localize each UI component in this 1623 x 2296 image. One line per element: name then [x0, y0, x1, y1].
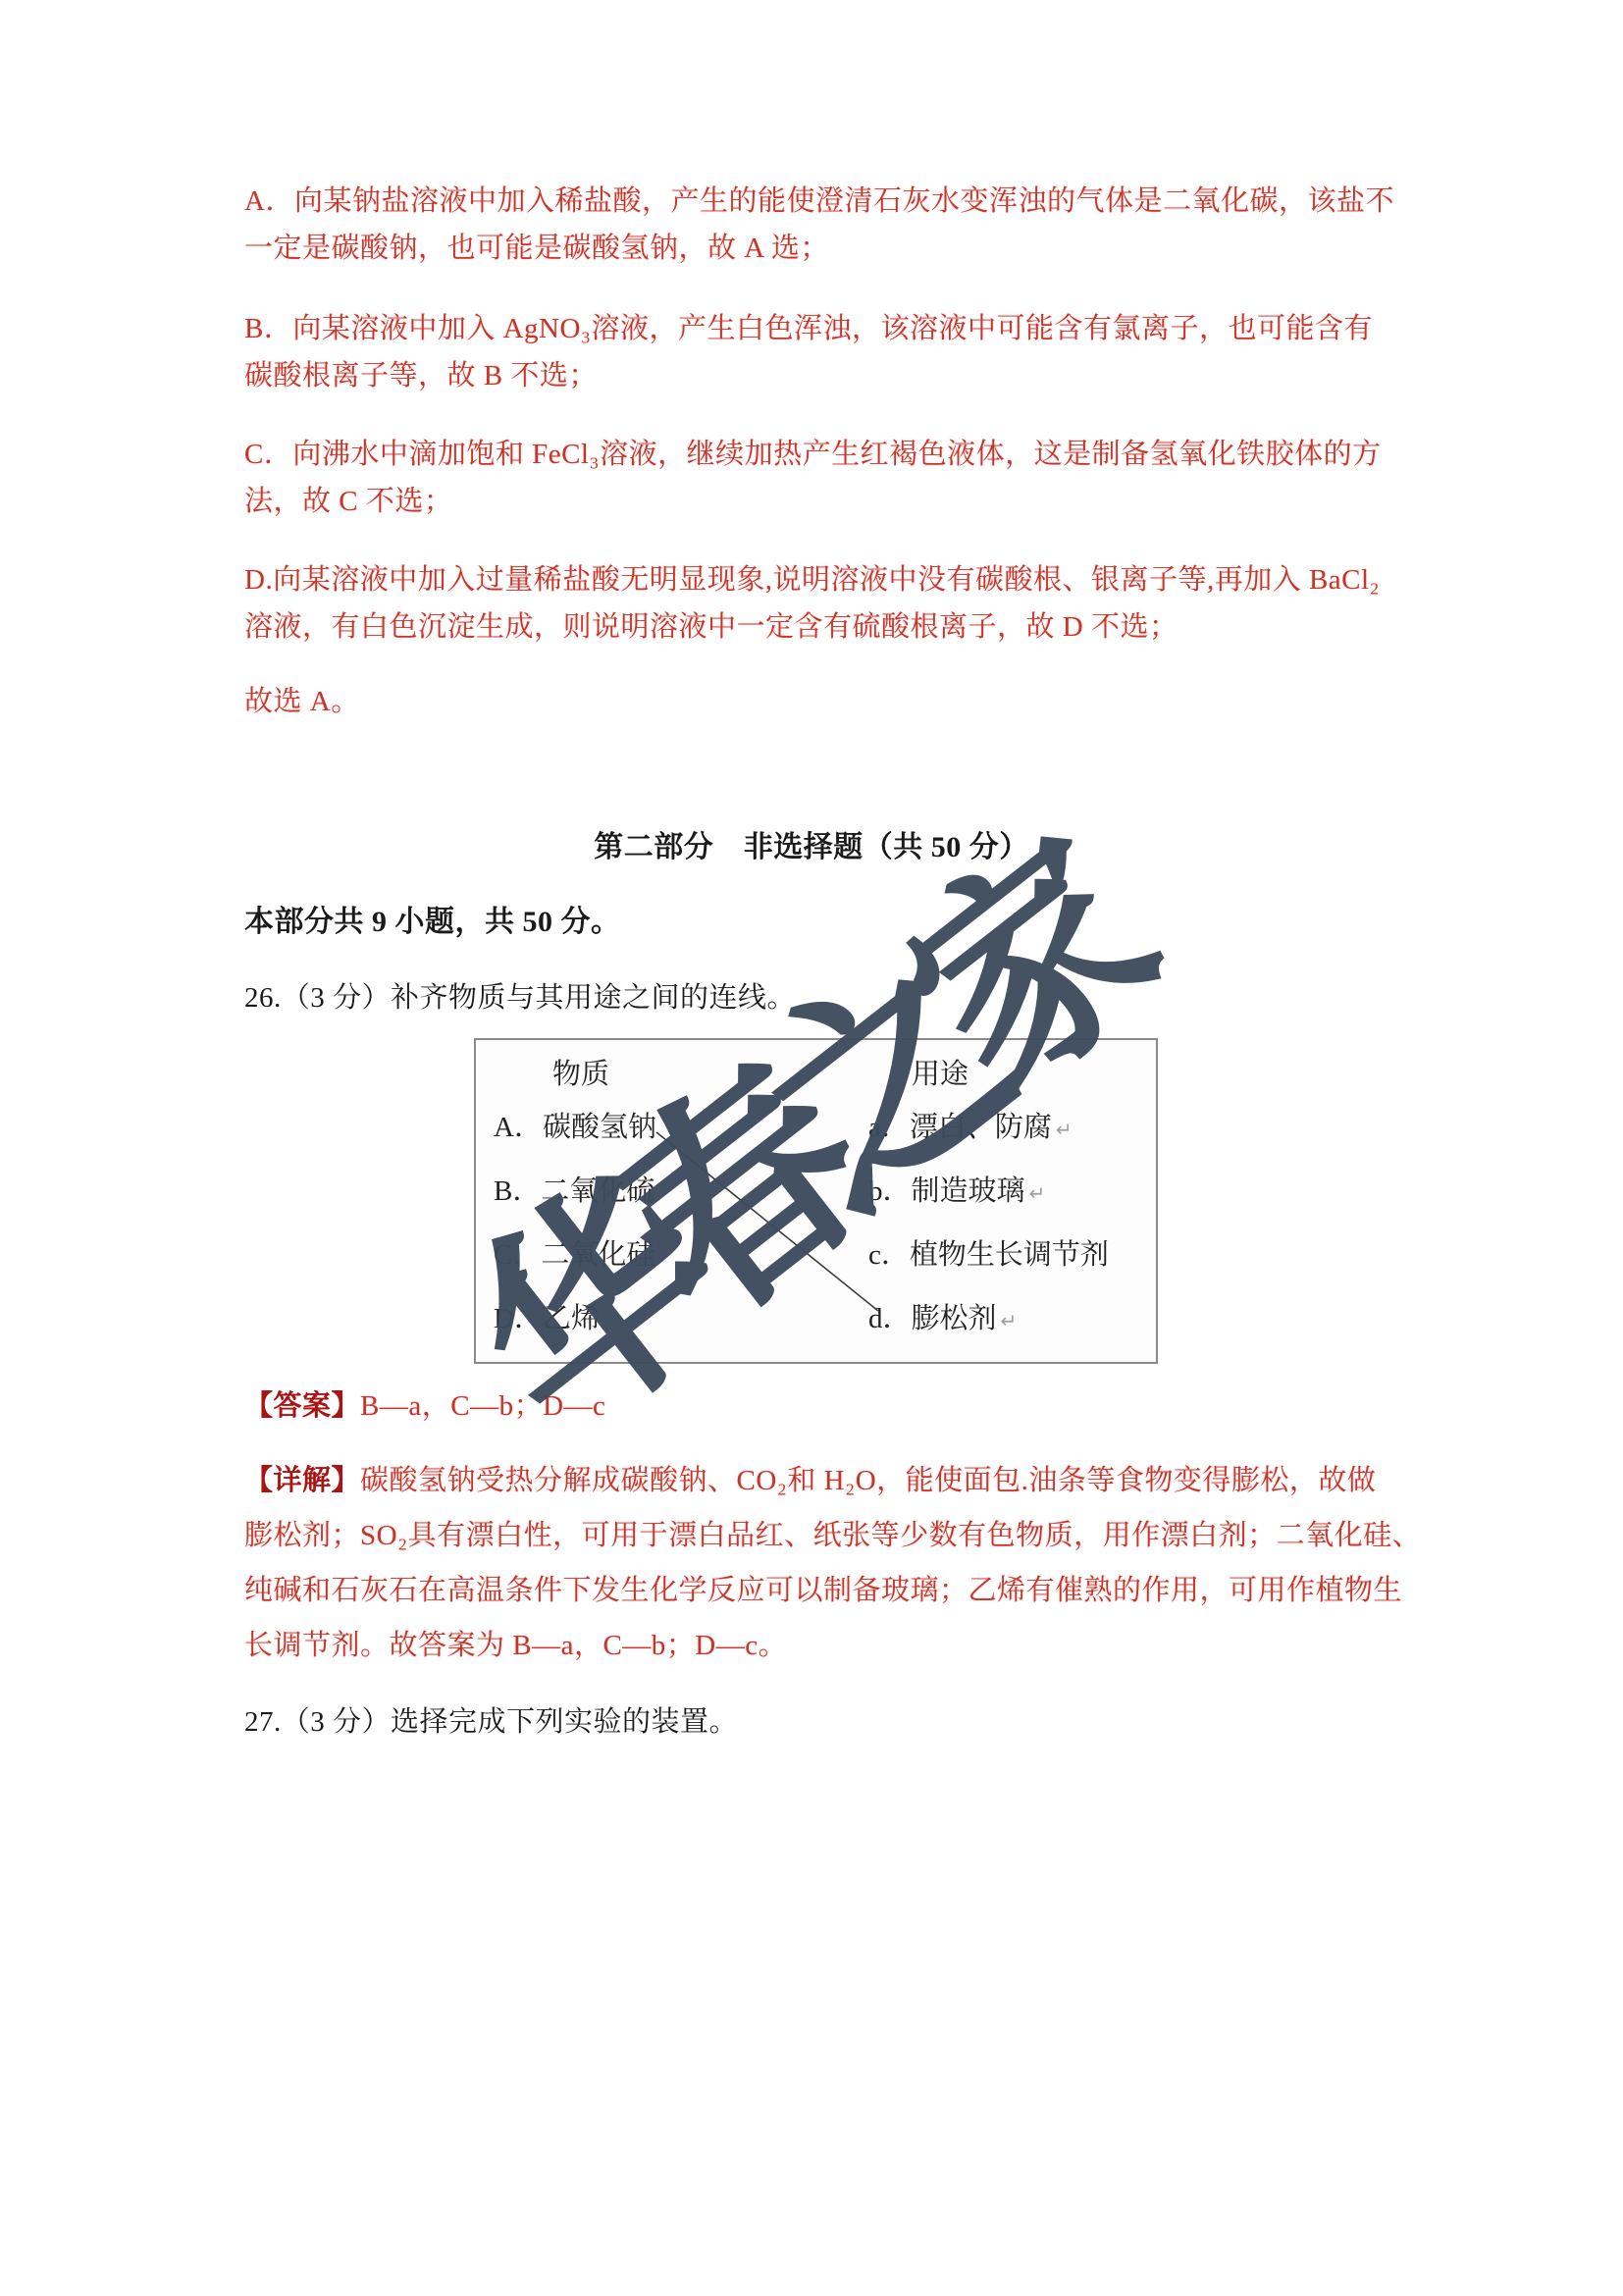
- analysis-d-line-2: 溶液，有白色沉淀生成，则说明溶液中一定含有硫酸根离子，故 D 不选；: [244, 604, 1178, 651]
- paragraph-mark-icon: ↵: [1001, 1309, 1018, 1332]
- detail-line-2: 膨松剂；SO₂具有漂白性，可用于漂白品红、纸张等少数有色物质，用作漂白剂；二氧化…: [244, 1513, 1421, 1553]
- detail-line-4: 长调节剂。故答案为 B—a，C—b；D—c。: [244, 1623, 787, 1663]
- detail-label: 【详解】: [244, 1465, 360, 1496]
- section-header: 第二部分 非选择题（共 50 分）: [0, 822, 1623, 865]
- paragraph-mark-icon: ↵: [1029, 1181, 1046, 1205]
- analysis-a-line-1: A．向某钠盐溶液中加入稀盐酸，产生的能使澄清石灰水变浑浊的气体是二氧化碳，该盐不: [244, 179, 1394, 225]
- answer-label: 【答案】: [244, 1390, 360, 1422]
- analysis-d-line-1: D.向某溶液中加入过量稀盐酸无明显现象,说明溶液中没有碳酸根、银离子等,再加入 …: [244, 557, 1380, 603]
- table-row-d-right: d．膨松剂↵: [868, 1296, 1017, 1336]
- detail-text-1: 碳酸氢钠受热分解成碳酸钠、CO₂和 H₂O，能使面包.油条等食物变得膨松，故做: [360, 1465, 1376, 1496]
- analysis-c-line-2: 法，故 C 不选；: [244, 479, 452, 525]
- section-intro: 本部分共 9 小题，共 50 分。: [244, 897, 621, 940]
- use-d-label: d．膨松剂: [868, 1303, 997, 1334]
- detail-line-3: 纯碱和石灰石在高温条件下发生化学反应可以制备玻璃；乙烯有催熟的作用，可用作植物生: [244, 1568, 1402, 1608]
- exam-answer-page: A．向某钠盐溶液中加入稀盐酸，产生的能使澄清石灰水变浑浊的气体是二氧化碳，该盐不…: [0, 0, 1623, 2296]
- analysis-b-line-2: 碳酸根离子等，故 B 不选；: [244, 353, 598, 399]
- analysis-b-line-1: B．向某溶液中加入 AgNO₃溶液，产生白色浑浊，该溶液中可能含有氯离子，也可能…: [244, 306, 1373, 352]
- verdict-line: 故选 A。: [244, 679, 360, 725]
- analysis-c-line-1: C．向沸水中滴加饱和 FeCl₃溶液，继续加热产生红褐色液体，这是制备氢氧化铁胶…: [244, 432, 1382, 478]
- analysis-a-line-2: 一定是碳酸钠，也可能是碳酸氢钠，故 A 选；: [244, 226, 829, 272]
- detail-line-1: 【详解】碳酸氢钠受热分解成碳酸钠、CO₂和 H₂O，能使面包.油条等食物变得膨松…: [244, 1458, 1376, 1498]
- question-27-stem: 27.（3 分）选择完成下列实验的装置。: [244, 1699, 738, 1740]
